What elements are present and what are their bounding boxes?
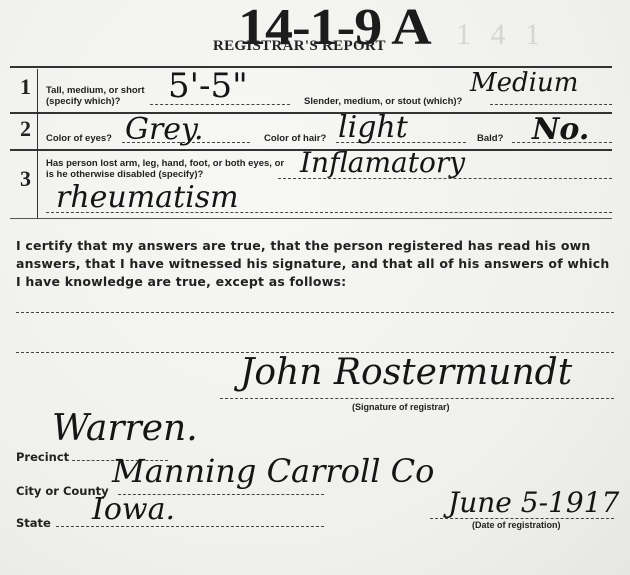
build-answer: Medium <box>470 68 578 98</box>
exceptions-line-1 <box>16 312 614 313</box>
disability-answer-line-2: rheumatism <box>56 180 239 215</box>
state-line <box>56 526 324 527</box>
registration-date-caption: (Date of registration) <box>472 520 561 530</box>
height-answer: 5'-5" <box>168 66 248 106</box>
eyes-label: Color of eyes? <box>46 133 112 144</box>
row-3-rule <box>10 218 612 219</box>
height-label: Tall, medium, or short (specify which)? <box>46 85 146 107</box>
precinct-value: Warren. <box>52 408 198 449</box>
registrar-signature: John Rostermundt <box>240 352 572 393</box>
bald-label: Bald? <box>477 133 503 144</box>
build-label: Slender, medium, or stout (which)? <box>304 96 462 107</box>
registrar-report-card: 1 4 1 14-1-9 A REGISTRAR'S REPORT 1 Tall… <box>0 0 630 575</box>
row-number-divider <box>37 69 38 218</box>
row-number-2: 2 <box>20 116 31 142</box>
bald-answer: No. <box>532 112 589 147</box>
row-number-1: 1 <box>20 74 31 100</box>
eyes-answer: Grey. <box>125 112 204 147</box>
disability-answer-line-1: Inflamatory <box>300 146 465 179</box>
bleed-through-number: 1 4 1 <box>456 18 546 52</box>
registration-date-line <box>430 518 614 519</box>
build-line <box>490 104 612 105</box>
registration-date-value: June 5-1917 <box>448 486 619 519</box>
row-number-3: 3 <box>20 166 31 192</box>
precinct-label: Precinct <box>16 450 69 464</box>
signature-line <box>220 398 614 399</box>
certification-text: I certify that my answers are true, that… <box>16 237 614 291</box>
hair-label: Color of hair? <box>264 133 326 144</box>
disability-label: Has person lost arm, leg, hand, foot, or… <box>46 158 286 180</box>
signature-caption: (Signature of registrar) <box>352 402 450 412</box>
state-label: State <box>16 516 51 530</box>
state-value: Iowa. <box>92 492 175 527</box>
hair-answer: light <box>338 110 408 145</box>
city-county-value: Manning Carroll Co <box>112 452 434 490</box>
page-title: REGISTRAR'S REPORT <box>213 38 386 55</box>
row-1-rule <box>10 112 612 114</box>
